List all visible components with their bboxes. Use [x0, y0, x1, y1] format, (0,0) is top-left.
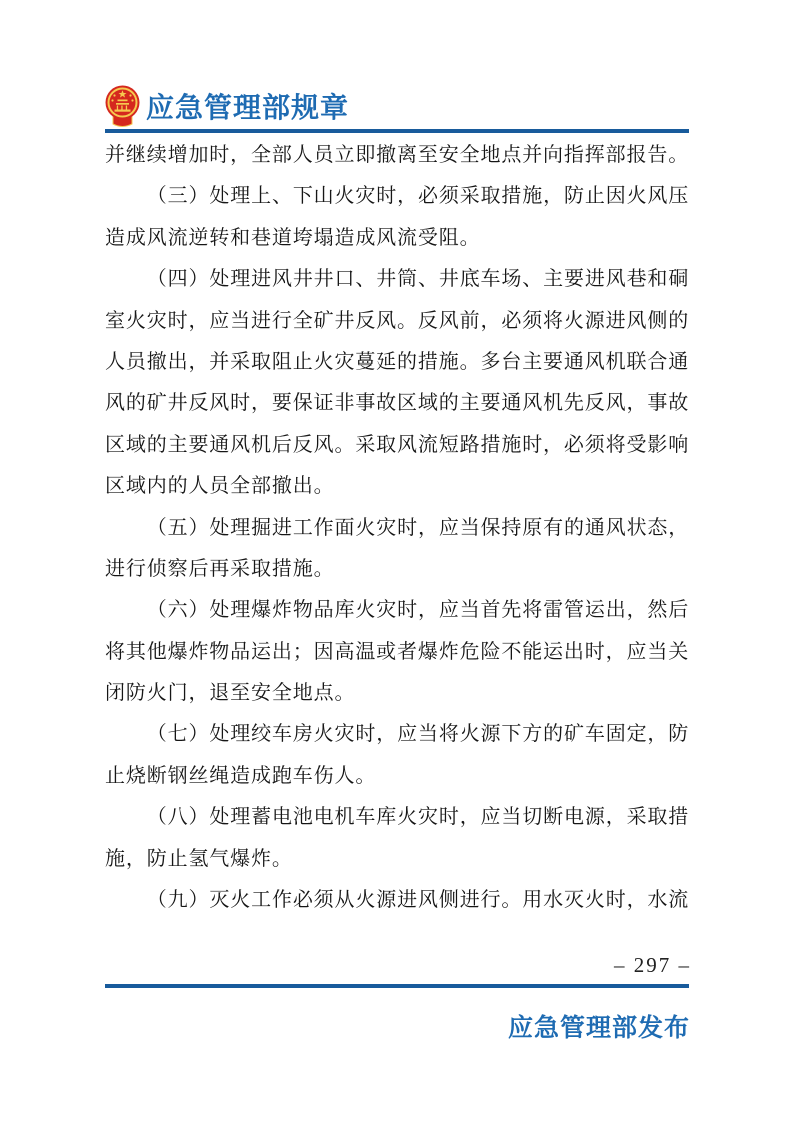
body-text-line: （八）处理蓄电池电机车库火灾时，应当切断电源，采取措	[105, 797, 691, 838]
publisher-label: 应急管理部发布	[508, 1008, 690, 1044]
body-text-line: 风的矿井反风时，要保证非事故区域的主要通风机先反风，事故	[105, 383, 691, 424]
page-header: 应急管理部规章	[104, 84, 349, 128]
body-text-line: （五）处理掘进工作面火灾时，应当保持原有的通风状态，	[105, 508, 691, 549]
body-text-line: 造成风流逆转和巷道垮塌造成风流受阻。	[105, 218, 691, 259]
footer-divider	[105, 984, 689, 988]
header-title: 应急管理部规章	[146, 86, 349, 126]
body-text-line: 进行侦察后再采取措施。	[105, 549, 691, 590]
body-text-line: 将其他爆炸物品运出；因高温或者爆炸危险不能运出时，应当关	[105, 632, 691, 673]
national-emblem-icon	[104, 84, 141, 128]
body-text-line: 区域的主要通风机后反风。采取风流短路措施时，必须将受影响	[105, 425, 691, 466]
body-text-line: 止烧断钢丝绳造成跑车伤人。	[105, 756, 691, 797]
body-text-line: 区域内的人员全部撤出。	[105, 466, 691, 507]
document-page: 应急管理部规章 并继续增加时，全部人员立即撤离至安全地点并向指挥部报告。（三）处…	[0, 0, 793, 1122]
body-text-line: （六）处理爆炸物品库火灾时，应当首先将雷管运出，然后	[105, 590, 691, 631]
body-text-line: 施，防止氢气爆炸。	[105, 839, 691, 880]
document-body: 并继续增加时，全部人员立即撤离至安全地点并向指挥部报告。（三）处理上、下山火灾时…	[105, 135, 691, 921]
body-text-line: （三）处理上、下山火灾时，必须采取措施，防止因火风压	[105, 176, 691, 217]
body-text-line: （九）灭火工作必须从火源进风侧进行。用水灭火时，水流	[105, 880, 691, 921]
body-text-line: （四）处理进风井井口、井筒、井底车场、主要进风巷和硐	[105, 259, 691, 300]
body-text-line: 室火灾时，应当进行全矿井反风。反风前，必须将火源进风侧的	[105, 301, 691, 342]
body-text-line: （七）处理绞车房火灾时，应当将火源下方的矿车固定，防	[105, 714, 691, 755]
body-text-line: 闭防火门，退至安全地点。	[105, 673, 691, 714]
body-text-line: 并继续增加时，全部人员立即撤离至安全地点并向指挥部报告。	[105, 135, 691, 176]
body-text-line: 人员撤出，并采取阻止火灾蔓延的措施。多台主要通风机联合通	[105, 342, 691, 383]
header-divider	[105, 129, 689, 133]
page-number: – 297 –	[614, 953, 691, 978]
